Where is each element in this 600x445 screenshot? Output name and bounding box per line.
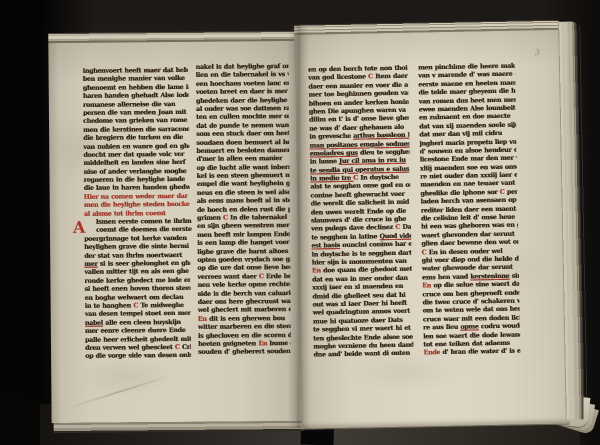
- ink-text: en sijn gheen wenstren mer: [197, 222, 289, 230]
- red-underlined-text: man positanes emgale sodmes: [309, 140, 409, 149]
- ink-text: hier sijn is monumenten van: [312, 258, 407, 267]
- red-underlined-text: Quod vides: [379, 232, 411, 240]
- ink-text: om te weten wele dat ons hen: [423, 306, 520, 315]
- ink-text: souden d' gheberert souden sijn: [198, 348, 291, 356]
- rubric-text: En: [312, 268, 321, 275]
- ink-text: laden berch van asensaen op die: [420, 197, 517, 206]
- ink-text: verrees want daer: [197, 273, 258, 281]
- ink-text: poergrinnage tot kerke vanden: [84, 235, 187, 243]
- ink-text: van nubien en wanre god en ghe: [83, 142, 189, 150]
- ink-text: Cri: [179, 344, 191, 351]
- right-page: 3 en op den berch tote non thoivan god l…: [294, 19, 594, 435]
- red-underlined-text: te sendla qui operatus e salus: [310, 165, 409, 174]
- ink-text: xliij maenden soe en was onse he: [420, 163, 517, 172]
- ink-text: men pinchime die heere maken: [418, 63, 515, 72]
- ink-text: eerste maene en heeten maene: [418, 79, 515, 88]
- ink-text: doe quam die ghedoot met: [321, 266, 412, 275]
- ink-text: die laue in haren handen ghedwa: [84, 184, 190, 192]
- ink-text: regneren in die heylighe lande: [84, 176, 185, 184]
- ink-text: ten en cullen mochte mer om: [196, 113, 289, 121]
- ink-text: alst te segghen onse god en ons: [310, 182, 410, 191]
- ink-text: ghi voer diep ond die helde d': [422, 256, 519, 265]
- folio-number: 3: [535, 48, 540, 57]
- red-underlined-text: mer: [84, 261, 97, 268]
- ink-text: die celisine leit d' onse heue: [421, 214, 515, 223]
- ink-text: men die kerstinen die sarracene: [83, 126, 189, 134]
- ink-text: dmid die ghelieet seu dat hi: [312, 291, 405, 300]
- ink-text: d'mer in allen een manier: [196, 155, 282, 163]
- ink-text: de hoech en delen rust die pel: [197, 206, 290, 214]
- ink-text: sin: [509, 272, 519, 279]
- rubric-text: al alsme tot ihrlm coemt: [84, 210, 166, 218]
- ink-text: ems hen vand: [422, 273, 470, 281]
- ink-text: ewee maenden Alse loumbeit: [419, 105, 516, 114]
- ink-text: side is die berch van caluarie: [198, 290, 291, 298]
- ink-text: alle een cleen huyskijn: [103, 319, 181, 327]
- ink-text: ronde kerke ghedect me lode en: [84, 277, 190, 285]
- red-underlined-text: emoladres gus: [310, 150, 358, 158]
- ink-text: den uwes werelt Ende op die: [311, 207, 406, 216]
- rubric-text: En: [258, 340, 267, 347]
- ink-text: waert ghevonden dar seruut: [421, 230, 514, 239]
- red-underlined-text: est basis: [311, 242, 340, 250]
- ink-text: mer eenre cleenre duere Ende: [85, 327, 186, 335]
- rubric-text: men die heylighe steden bsocke: [84, 201, 190, 209]
- ink-text: In duytsche: [358, 174, 399, 182]
- ink-text: conine heeft ghewracht voer: [310, 191, 404, 200]
- ink-text: ben menighe manier van volke: [83, 75, 185, 83]
- left-page-text-column-1: inghenvoert heeft maer dat hebben menigh…: [83, 67, 192, 362]
- red-underlined-text: in medio tre: [310, 175, 353, 183]
- ink-text: dat en was in mer onder dan: [312, 274, 408, 283]
- ink-text: dat de punde te nemen want: [196, 122, 289, 130]
- ink-text: ghenoemt en hebben die lame in: [83, 84, 189, 92]
- ink-text: op die selue sine waert dat: [431, 281, 519, 290]
- ink-text: haren handen ghehadt Alse iode: [83, 92, 189, 100]
- ink-text: maenden en nae teuaer vant: [420, 180, 515, 189]
- gutter-shadow: [288, 24, 310, 428]
- ink-text: chedome van grieken van rome: [83, 117, 187, 125]
- rubric-text: Ende: [423, 349, 440, 356]
- ink-text: dne and' beide want di onten: [313, 350, 409, 359]
- ink-text: out was xl iaer Daer hi heeft: [312, 300, 406, 309]
- illuminated-initial-A: A: [73, 219, 87, 239]
- ink-text: In die tabernakel: [228, 214, 287, 222]
- ink-text: in te hanghen: [85, 302, 134, 309]
- ink-text: in grevesche: [309, 133, 353, 141]
- red-underlined-text: opme: [460, 323, 478, 330]
- manuscript-text-line: souden d' gheberert souden sijn: [198, 348, 291, 357]
- ink-text: daer ons here ghecruust was: [198, 298, 291, 306]
- ink-text: al onder was soe dattmen raet: [196, 105, 289, 113]
- ink-text: op die ure dat onse lieve heer: [197, 264, 290, 272]
- ink-text: die bregiern die turken en die: [83, 134, 183, 142]
- ink-text: cruce waer mit een doden lich: [423, 314, 520, 323]
- ink-text: ouncini conims har en: [340, 241, 412, 249]
- ink-text: wel quadringtum annos voert: [313, 308, 410, 317]
- right-page-text-column-1: en op den berch tote non thoivan god lic…: [308, 65, 414, 361]
- ink-text: mer toe beghinnen gouden van: [308, 90, 408, 99]
- ink-text: is een lamp die hanget voer den: [197, 239, 290, 247]
- ink-text: wel gheciert mit marberen en: [198, 306, 291, 314]
- rubric-text: Hier na comen weder maer dar: [84, 193, 188, 201]
- ink-text: d' souwen en alsoe hendeur die: [419, 147, 516, 156]
- ink-text: jngheri maria propetu liep van: [419, 138, 516, 147]
- ink-text: op die lucht alle want inberna: [196, 164, 289, 172]
- ink-text: xxxij iaer en xi maenden en: [312, 283, 403, 292]
- ink-text: Erde ben: [263, 273, 290, 280]
- ink-text: in lanne: [310, 158, 339, 166]
- ink-text: te segghen in latine: [311, 233, 379, 241]
- ink-text: bihoen en ander kerken honin: [309, 98, 409, 107]
- ink-text: middelheit en landen sine herf: [83, 159, 185, 167]
- manuscript-text-line: op die vorge side van desen onls: [85, 352, 191, 361]
- ink-text: bemuert en besloten dannen: [196, 147, 289, 155]
- ink-text: ne was d' daer ghehauen alo: [309, 123, 404, 132]
- ink-text: nakel is dat heylighe graf om: [196, 63, 289, 71]
- ink-text: en boghe welwaert om declau: [85, 293, 184, 301]
- ink-text: codru woude: [478, 323, 520, 331]
- ink-text: moghe verniene du heen dande: [313, 342, 413, 351]
- manuscript-photograph: inghenvoert heeft maer dat hebben menigh…: [0, 0, 600, 445]
- ink-text: grimen: [197, 215, 223, 222]
- ink-text: voeten breet en daer is mer lanc: [196, 88, 289, 96]
- ink-text: van romen dus heet men mer: [419, 96, 516, 105]
- ink-text: peru: [504, 188, 517, 195]
- ink-text: Item daer: [373, 73, 408, 81]
- ink-text: dat mer dan vij mil cidru: [419, 130, 502, 139]
- ink-text: mue hi quatuoze daer Dats: [313, 317, 403, 326]
- ink-text: lsmen eerste comen te ihrlm: [96, 218, 191, 226]
- ink-text: En in desen ouder wel: [426, 247, 502, 255]
- ink-text: daer een manier en voer die au: [308, 81, 408, 90]
- ink-text: dilim en t' is d' onse lieve ghesien: [309, 115, 409, 124]
- ink-text: kel is een steen ghemuert met: [196, 172, 289, 180]
- ink-text: die werelt die salicheit in mid: [310, 199, 408, 208]
- ink-text: som een stuck daer om heeft die: [196, 130, 289, 138]
- ink-text: tot ene teiken dat adaems: [423, 340, 509, 349]
- ink-text: heylighen grave die sinte bermi: [84, 243, 189, 251]
- ink-text: water ghewoude dar serunt: [422, 264, 513, 273]
- ink-text: ten gheslechte Ende alsoe soe: [313, 333, 413, 342]
- ink-text: is ghecloven en die scoren die: [198, 332, 291, 340]
- ink-text: soudaen doen bemuert al heet: [196, 139, 289, 147]
- ink-text: heeten guigneten: [198, 340, 258, 348]
- ink-text: van v marende d' was maere die: [418, 71, 515, 80]
- ink-text: als eens mans hoeft al in steet: [197, 197, 290, 205]
- ink-text: van god licestone: [308, 74, 368, 82]
- ink-text: dieu te segghen: [357, 149, 409, 157]
- rubric-text: En: [422, 282, 431, 289]
- ink-text: dren verwen wel ghescleet: [85, 344, 175, 352]
- ink-text: witter marberen en die steen: [198, 323, 291, 331]
- left-page-bottom-edge: [54, 421, 304, 433]
- ink-text: op die vorge side van desen onls: [85, 352, 191, 360]
- ink-text: Te midweghe: [138, 302, 184, 309]
- red-underlined-text: arthus bassleon H: [353, 132, 409, 140]
- red-underlined-text: nabel: [85, 319, 103, 326]
- ink-text: si is seer ghelonghet en ghe: [97, 260, 190, 268]
- ink-text: lien en die tabernakel is vs voe: [196, 71, 289, 79]
- ink-text: die twee cruce d' schakeren wele: [422, 298, 519, 307]
- ink-text: en op den berch tote non thoi: [308, 65, 407, 74]
- ink-text: lighe grave die barnt altoes ni: [197, 248, 290, 256]
- ink-text: dit is een gherwen bou: [207, 315, 285, 323]
- ink-text: te segghen vi mer waert hi et: [313, 325, 411, 334]
- ink-text: opten goeden vrydach soe gaet: [197, 256, 290, 264]
- right-page-text-column-2: men pinchime die heere makenvan v marend…: [418, 63, 521, 358]
- ink-text: nise of ander verlanghe moghe: [83, 168, 186, 176]
- ink-text: glien daer bewone den wot on: [421, 239, 518, 248]
- ink-text: empel die want heylighein gut: [197, 180, 290, 188]
- ink-text: len soe waert die dode lewande: [423, 331, 520, 340]
- ink-text: een hoechans voeten lanc en: [196, 80, 289, 88]
- ink-text: re aus lieu: [423, 324, 461, 332]
- ink-text: d' bran die water d' is een: [440, 348, 521, 357]
- ink-text: ghen Die apunghen waren va: [309, 107, 406, 116]
- ink-text: slaunvers d' die cruce in ghe: [311, 216, 406, 225]
- ink-text: palle heer erlicheit ghedeelt mit: [85, 335, 191, 343]
- ink-text: die telde maer gheyenu die heb for: [418, 88, 515, 97]
- ink-text: ghedeken daer die heylighe graf: [196, 97, 289, 105]
- ink-text: re niet ouder dan xxxiij iaer en: [420, 172, 517, 181]
- ink-text: coemt die doemen die eerste: [96, 226, 192, 234]
- red-underlined-text: kersteninne: [470, 273, 509, 281]
- ink-text: inghenvoert heeft maer dat heb: [83, 67, 188, 75]
- left-page: inghenvoert heeft maer dat hebben menigh…: [48, 31, 303, 435]
- ink-text: romanese allerneise die van: [83, 101, 175, 109]
- ink-text: nen vele kerke opme rechter: [197, 281, 290, 289]
- ink-text: Dats: [400, 224, 411, 231]
- ink-text: doecht mer dat quade volc ver: [83, 151, 184, 159]
- ink-text: ven pulegs dave declinez: [311, 224, 395, 233]
- ink-text: neus en die steen is wel alsoe gr: [197, 189, 290, 197]
- ink-text: si heeft enen hoven thoren steer: [84, 285, 190, 293]
- ink-text: en zulmaent en doe maecte: [419, 113, 510, 122]
- ink-text: in duytsche is te segghen dartu: [311, 249, 411, 258]
- ink-text: men heeft mir lampen Ende d': [197, 231, 290, 239]
- ink-text: van desen tempel stoet een mer: [85, 310, 191, 318]
- red-underlined-text: Jur cil ama in rex iu: [339, 157, 406, 165]
- ink-text: persen die van meden Joan mit: [83, 109, 186, 117]
- left-page-text-column-2: nakel is dat heylighe graf omlien en die…: [196, 63, 292, 357]
- ink-text: der stat van ihrlm noertwaert: [84, 252, 182, 260]
- ink-text: vallen mitter tijt en als een ghe: [84, 268, 188, 276]
- ink-text: rediter liden daer een maent d': [421, 205, 518, 214]
- ink-text: gheslike die iphone sor: [420, 189, 499, 198]
- rubric-text: En: [198, 315, 207, 322]
- ink-text: licestone Ende mar den mer va: [420, 155, 517, 164]
- ink-text: hi een was gheboren was en ghe: [421, 222, 518, 231]
- ink-text: cruce om hen gheproeft ende: [422, 289, 519, 298]
- ink-text: dat van xij maenden soele sijn: [419, 121, 516, 130]
